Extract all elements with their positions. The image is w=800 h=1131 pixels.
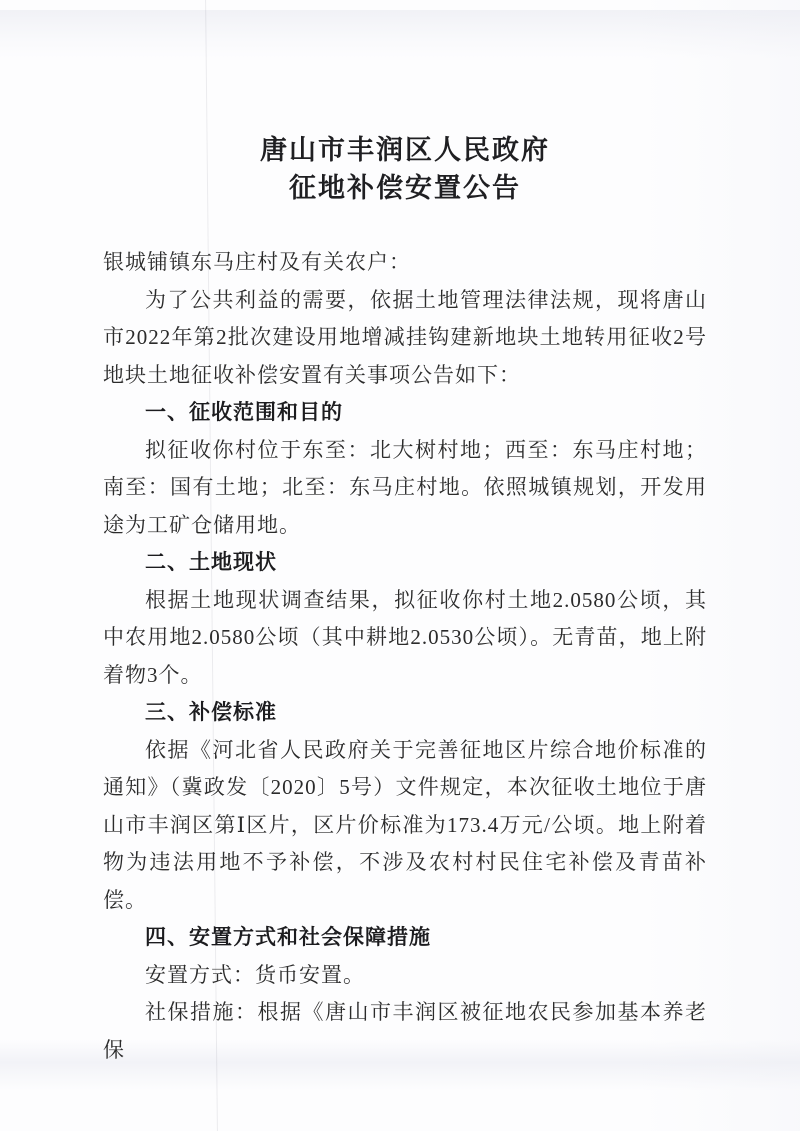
section-1-paragraph: 拟征收你村位于东至：北大树村地；西至：东马庄村地；南至：国有土地；北至：东马庄村… (103, 432, 707, 545)
document-content: 唐山市丰润区人民政府 征地补偿安置公告 银城铺镇东马庄村及有关农户： 为了公共利… (103, 131, 707, 1069)
section-3-heading: 三、补偿标准 (103, 694, 707, 732)
section-4: 四、安置方式和社会保障措施 安置方式：货币安置。 社保措施：根据《唐山市丰润区被… (103, 919, 707, 1069)
document-title-line-1: 唐山市丰润区人民政府 (103, 131, 707, 169)
section-4-paragraph-2: 社保措施：根据《唐山市丰润区被征地农民参加基本养老保 (103, 994, 707, 1069)
scanned-document-page: { "colors": { "paper": "#fdfdfe", "ink":… (0, 0, 800, 1131)
section-2-heading: 二、土地现状 (103, 544, 707, 582)
section-2-paragraph: 根据土地现状调查结果，拟征收你村土地2.0580公顷，其中农用地2.0580公顷… (103, 582, 707, 695)
section-4-heading: 四、安置方式和社会保障措施 (103, 919, 707, 957)
document-title: 唐山市丰润区人民政府 征地补偿安置公告 (103, 131, 707, 207)
section-3: 三、补偿标准 依据《河北省人民政府关于完善征地区片综合地价标准的通知》（冀政发〔… (103, 694, 707, 919)
document-body: 银城铺镇东马庄村及有关农户： 为了公共利益的需要，依据土地管理法律法规，现将唐山… (103, 244, 707, 1069)
salutation: 银城铺镇东马庄村及有关农户： (103, 244, 707, 282)
section-4-paragraph-1: 安置方式：货币安置。 (103, 957, 707, 995)
intro-paragraph: 为了公共利益的需要，依据土地管理法律法规，现将唐山市2022年第2批次建设用地增… (103, 282, 707, 395)
section-1: 一、征收范围和目的 拟征收你村位于东至：北大树村地；西至：东马庄村地；南至：国有… (103, 394, 707, 544)
scan-shadow-top (0, 10, 800, 58)
section-2: 二、土地现状 根据土地现状调查结果，拟征收你村土地2.0580公顷，其中农用地2… (103, 544, 707, 694)
document-title-line-2: 征地补偿安置公告 (103, 169, 707, 207)
section-3-paragraph: 依据《河北省人民政府关于完善征地区片综合地价标准的通知》（冀政发〔2020〕5号… (103, 732, 707, 920)
section-1-heading: 一、征收范围和目的 (103, 394, 707, 432)
